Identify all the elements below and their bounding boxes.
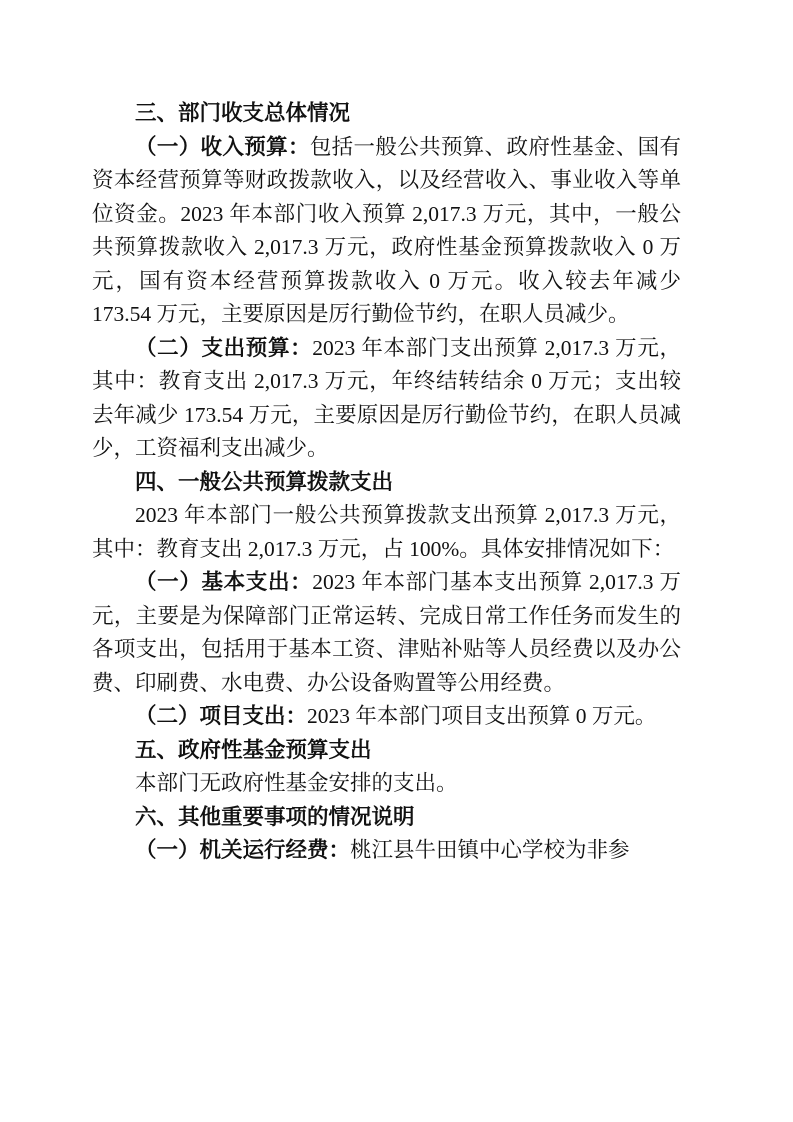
paragraph: 本部门无政府性基金安排的支出。 <box>92 767 681 801</box>
paragraph-lead: （二）支出预算： <box>135 336 312 360</box>
document-body: 三、部门收支总体情况（一）收入预算：包括一般公共预算、政府性基金、国有资本经营预… <box>92 97 681 868</box>
section-heading: 三、部门收支总体情况 <box>92 97 681 131</box>
paragraph: （二）项目支出：2023 年本部门项目支出预算 0 万元。 <box>92 700 681 734</box>
paragraph-text: 2023 年本部门项目支出预算 0 万元。 <box>307 704 656 728</box>
paragraph-text: 本部门无政府性基金安排的支出。 <box>135 771 458 795</box>
heading-text: 四、一般公共预算拨款支出 <box>135 470 393 494</box>
paragraph-text: 2023 年本部门一般公共预算拨款支出预算 2,017.3 万元，其中：教育支出… <box>92 503 681 561</box>
paragraph-lead: （二）项目支出： <box>135 704 307 728</box>
section-heading: 六、其他重要事项的情况说明 <box>92 801 681 835</box>
paragraph-lead: （一）机关运行经费： <box>135 838 350 862</box>
paragraph: 2023 年本部门一般公共预算拨款支出预算 2,017.3 万元，其中：教育支出… <box>92 499 681 566</box>
paragraph-text: 桃江县牛田镇中心学校为非参 <box>350 838 630 862</box>
heading-text: 六、其他重要事项的情况说明 <box>135 805 415 829</box>
paragraph-lead: （一）收入预算： <box>135 135 310 159</box>
heading-text: 三、部门收支总体情况 <box>135 101 350 125</box>
section-heading: 四、一般公共预算拨款支出 <box>92 466 681 500</box>
paragraph: （一）收入预算：包括一般公共预算、政府性基金、国有资本经营预算等财政拨款收入，以… <box>92 131 681 332</box>
paragraph: （一）机关运行经费：桃江县牛田镇中心学校为非参 <box>92 834 681 868</box>
heading-text: 五、政府性基金预算支出 <box>135 738 372 762</box>
paragraph-text: 包括一般公共预算、政府性基金、国有资本经营预算等财政拨款收入，以及经营收入、事业… <box>92 135 681 327</box>
paragraph: （一）基本支出：2023 年本部门基本支出预算 2,017.3 万元，主要是为保… <box>92 566 681 700</box>
paragraph-lead: （一）基本支出： <box>135 570 312 594</box>
paragraph: （二）支出预算：2023 年本部门支出预算 2,017.3 万元，其中：教育支出… <box>92 332 681 466</box>
section-heading: 五、政府性基金预算支出 <box>92 734 681 768</box>
document-page: 三、部门收支总体情况（一）收入预算：包括一般公共预算、政府性基金、国有资本经营预… <box>0 0 793 1122</box>
